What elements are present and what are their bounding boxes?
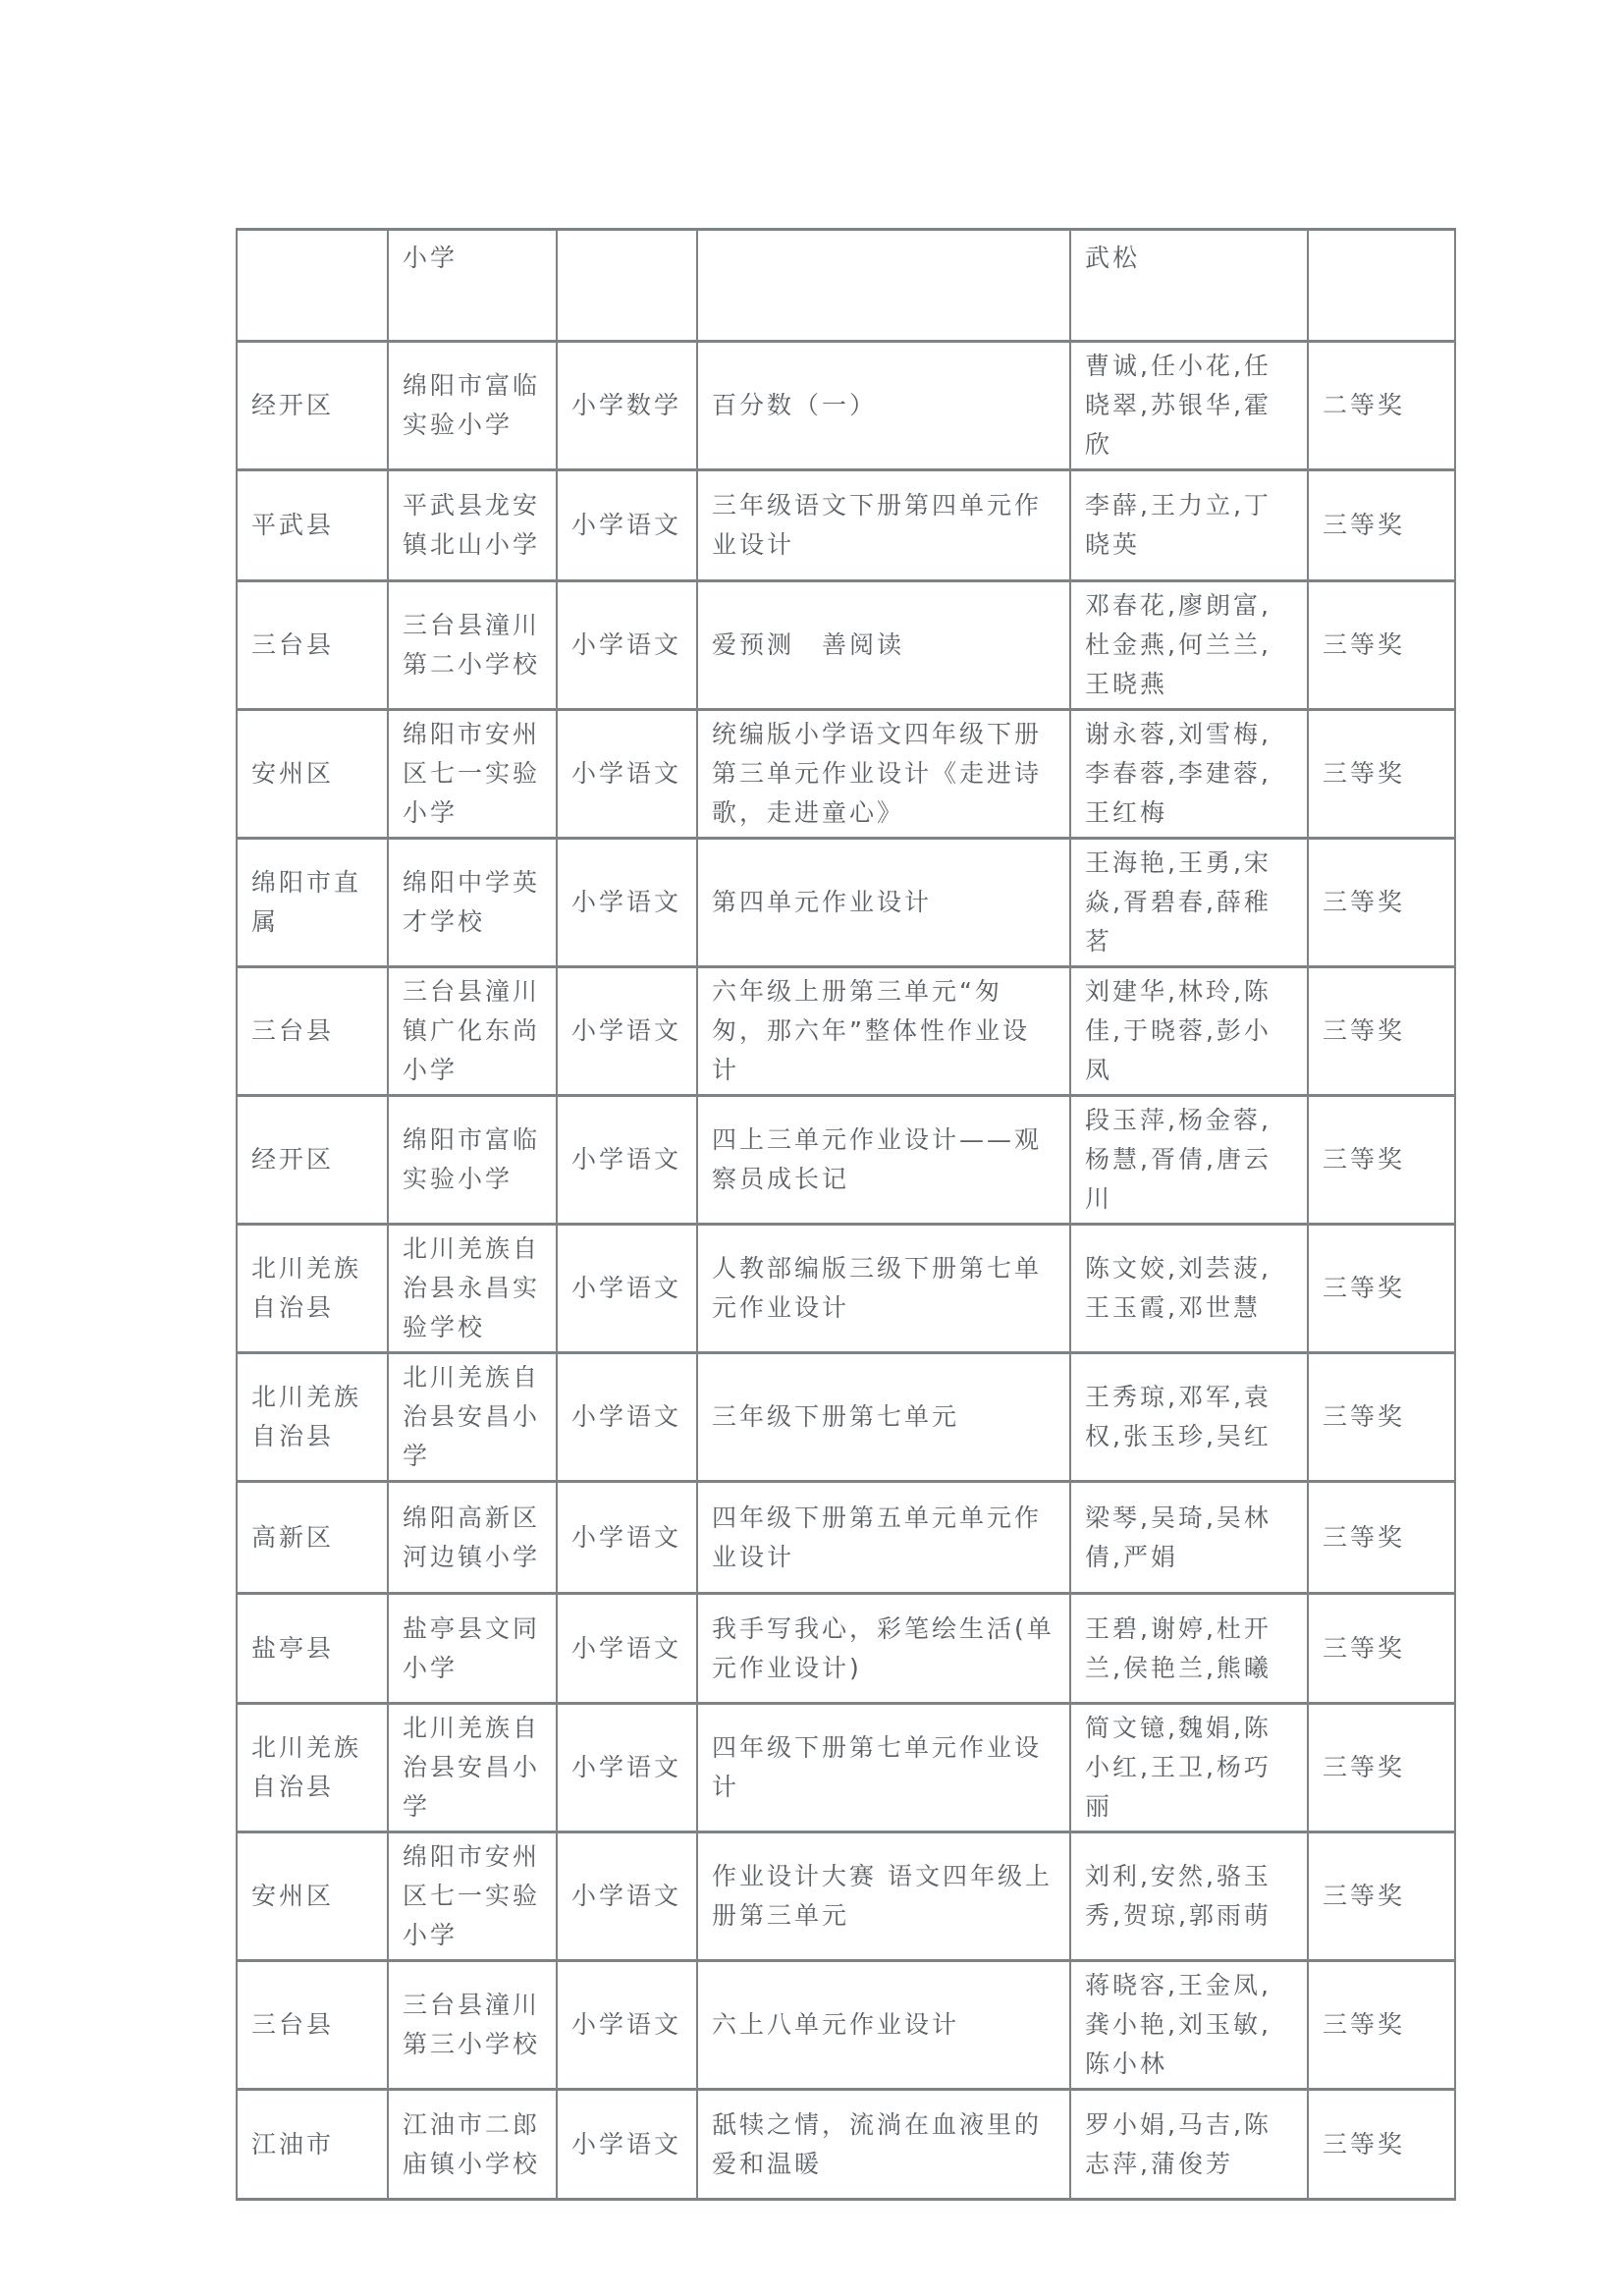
table-row: 安州区绵阳市安州区七一实验小学小学语文作业设计大赛 语文四年级上册第三单元刘利,… [237, 1832, 1455, 1961]
authors-cell: 段玉萍,杨金蓉,杨慧,胥倩,唐云川 [1070, 1096, 1308, 1225]
awards-table-body: 小学武松经开区绵阳市富临实验小学小学数学百分数（一）曹诚,任小花,任晓翠,苏银华… [237, 230, 1455, 2200]
award-cell: 三等奖 [1308, 967, 1455, 1096]
authors-cell: 刘利,安然,骆玉秀,贺琼,郭雨萌 [1070, 1832, 1308, 1961]
authors-cell: 王秀琼,邓军,袁权,张玉珍,吴红 [1070, 1353, 1308, 1482]
award-cell: 二等奖 [1308, 342, 1455, 470]
award-cell: 三等奖 [1308, 1353, 1455, 1482]
award-cell: 三等奖 [1308, 839, 1455, 967]
school-cell: 绵阳市安州区七一实验小学 [388, 1832, 557, 1961]
school-cell: 小学 [388, 230, 557, 342]
table-row: 经开区绵阳市富临实验小学小学语文四上三单元作业设计——观察员成长记段玉萍,杨金蓉… [237, 1096, 1455, 1225]
authors-cell: 王碧,谢婷,杜开兰,侯艳兰,熊曦 [1070, 1594, 1308, 1704]
authors-cell: 曹诚,任小花,任晓翠,苏银华,霍欣 [1070, 342, 1308, 470]
title-cell: 六上八单元作业设计 [697, 1961, 1070, 2090]
district-cell: 北川羌族自治县 [237, 1225, 388, 1353]
authors-cell: 蒋晓容,王金凤,龚小艳,刘玉敏,陈小林 [1070, 1961, 1308, 2090]
table-row: 北川羌族自治县北川羌族自治县安昌小学小学语文四年级下册第七单元作业设计简文镱,魏… [237, 1704, 1455, 1832]
school-cell: 平武县龙安镇北山小学 [388, 470, 557, 581]
district-cell: 经开区 [237, 1096, 388, 1225]
title-cell: 四年级下册第五单元单元作业设计 [697, 1482, 1070, 1594]
subject-cell: 小学语文 [557, 839, 697, 967]
subject-cell [557, 230, 697, 342]
table-row: 北川羌族自治县北川羌族自治县安昌小学小学语文三年级下册第七单元王秀琼,邓军,袁权… [237, 1353, 1455, 1482]
district-cell: 三台县 [237, 581, 388, 710]
authors-cell: 罗小娟,马吉,陈志萍,蒲俊芳 [1070, 2090, 1308, 2200]
district-cell: 安州区 [237, 1832, 388, 1961]
award-cell: 三等奖 [1308, 1096, 1455, 1225]
awards-table: 小学武松经开区绵阳市富临实验小学小学数学百分数（一）曹诚,任小花,任晓翠,苏银华… [236, 228, 1456, 2201]
award-cell: 三等奖 [1308, 1594, 1455, 1704]
title-cell: 统编版小学语文四年级下册第三单元作业设计《走进诗歌，走进童心》 [697, 710, 1070, 839]
table-row: 三台县三台县潼川镇广化东尚小学小学语文六年级上册第三单元“匆匆，那六年”整体性作… [237, 967, 1455, 1096]
table-row: 绵阳市直属绵阳中学英才学校小学语文第四单元作业设计王海艳,王勇,宋焱,胥碧春,薛… [237, 839, 1455, 967]
authors-cell: 武松 [1070, 230, 1308, 342]
title-cell: 人教部编版三级下册第七单元作业设计 [697, 1225, 1070, 1353]
table-row: 平武县平武县龙安镇北山小学小学语文三年级语文下册第四单元作业设计李薛,王力立,丁… [237, 470, 1455, 581]
table-row: 北川羌族自治县北川羌族自治县永昌实验学校小学语文人教部编版三级下册第七单元作业设… [237, 1225, 1455, 1353]
award-cell: 三等奖 [1308, 710, 1455, 839]
subject-cell: 小学语文 [557, 1704, 697, 1832]
award-cell: 三等奖 [1308, 1704, 1455, 1832]
district-cell: 江油市 [237, 2090, 388, 2200]
award-cell: 三等奖 [1308, 1225, 1455, 1353]
title-cell: 第四单元作业设计 [697, 839, 1070, 967]
school-cell: 三台县潼川镇广化东尚小学 [388, 967, 557, 1096]
district-cell: 安州区 [237, 710, 388, 839]
school-cell: 北川羌族自治县永昌实验学校 [388, 1225, 557, 1353]
school-cell: 绵阳市富临实验小学 [388, 1096, 557, 1225]
subject-cell: 小学语文 [557, 1832, 697, 1961]
award-cell: 三等奖 [1308, 581, 1455, 710]
school-cell: 北川羌族自治县安昌小学 [388, 1353, 557, 1482]
school-cell: 绵阳中学英才学校 [388, 839, 557, 967]
subject-cell: 小学语文 [557, 1225, 697, 1353]
award-cell [1308, 230, 1455, 342]
school-cell: 绵阳市安州区七一实验小学 [388, 710, 557, 839]
table-row: 高新区绵阳高新区河边镇小学小学语文四年级下册第五单元单元作业设计梁琴,吴琦,吴林… [237, 1482, 1455, 1594]
authors-cell: 陈文姣,刘芸菠,王玉霞,邓世慧 [1070, 1225, 1308, 1353]
award-cell: 三等奖 [1308, 1961, 1455, 2090]
school-cell: 绵阳市富临实验小学 [388, 342, 557, 470]
district-cell: 三台县 [237, 967, 388, 1096]
authors-cell: 王海艳,王勇,宋焱,胥碧春,薛稚茗 [1070, 839, 1308, 967]
title-cell: 四年级下册第七单元作业设计 [697, 1704, 1070, 1832]
table-row: 经开区绵阳市富临实验小学小学数学百分数（一）曹诚,任小花,任晓翠,苏银华,霍欣二… [237, 342, 1455, 470]
subject-cell: 小学语文 [557, 710, 697, 839]
title-cell [697, 230, 1070, 342]
authors-cell: 邓春花,廖朗富,杜金燕,何兰兰,王晓燕 [1070, 581, 1308, 710]
district-cell: 平武县 [237, 470, 388, 581]
district-cell: 北川羌族自治县 [237, 1353, 388, 1482]
subject-cell: 小学数学 [557, 342, 697, 470]
school-cell: 江油市二郎庙镇小学校 [388, 2090, 557, 2200]
subject-cell: 小学语文 [557, 967, 697, 1096]
award-cell: 三等奖 [1308, 2090, 1455, 2200]
district-cell: 高新区 [237, 1482, 388, 1594]
title-cell: 三年级语文下册第四单元作业设计 [697, 470, 1070, 581]
authors-cell: 李薛,王力立,丁晓英 [1070, 470, 1308, 581]
school-cell: 三台县潼川第三小学校 [388, 1961, 557, 2090]
authors-cell: 谢永蓉,刘雪梅,李春蓉,李建蓉,王红梅 [1070, 710, 1308, 839]
table-row: 三台县三台县潼川第二小学校小学语文爱预测 善阅读邓春花,廖朗富,杜金燕,何兰兰,… [237, 581, 1455, 710]
subject-cell: 小学语文 [557, 1594, 697, 1704]
subject-cell: 小学语文 [557, 581, 697, 710]
district-cell: 北川羌族自治县 [237, 1704, 388, 1832]
title-cell: 六年级上册第三单元“匆匆，那六年”整体性作业设计 [697, 967, 1070, 1096]
district-cell: 三台县 [237, 1961, 388, 2090]
table-row: 安州区绵阳市安州区七一实验小学小学语文统编版小学语文四年级下册第三单元作业设计《… [237, 710, 1455, 839]
district-cell: 绵阳市直属 [237, 839, 388, 967]
title-cell: 爱预测 善阅读 [697, 581, 1070, 710]
subject-cell: 小学语文 [557, 1096, 697, 1225]
title-cell: 我手写我心，彩笔绘生活(单元作业设计) [697, 1594, 1070, 1704]
table-row: 三台县三台县潼川第三小学校小学语文六上八单元作业设计蒋晓容,王金凤,龚小艳,刘玉… [237, 1961, 1455, 2090]
title-cell: 四上三单元作业设计——观察员成长记 [697, 1096, 1070, 1225]
district-cell [237, 230, 388, 342]
subject-cell: 小学语文 [557, 2090, 697, 2200]
title-cell: 作业设计大赛 语文四年级上册第三单元 [697, 1832, 1070, 1961]
subject-cell: 小学语文 [557, 1482, 697, 1594]
title-cell: 百分数（一） [697, 342, 1070, 470]
table-row: 江油市江油市二郎庙镇小学校小学语文舐犊之情，流淌在血液里的爱和温暖罗小娟,马吉,… [237, 2090, 1455, 2200]
authors-cell: 简文镱,魏娟,陈小红,王卫,杨巧丽 [1070, 1704, 1308, 1832]
award-cell: 三等奖 [1308, 1832, 1455, 1961]
school-cell: 三台县潼川第二小学校 [388, 581, 557, 710]
district-cell: 盐亭县 [237, 1594, 388, 1704]
title-cell: 舐犊之情，流淌在血液里的爱和温暖 [697, 2090, 1070, 2200]
award-cell: 三等奖 [1308, 1482, 1455, 1594]
subject-cell: 小学语文 [557, 1353, 697, 1482]
school-cell: 绵阳高新区河边镇小学 [388, 1482, 557, 1594]
document-page: 小学武松经开区绵阳市富临实验小学小学数学百分数（一）曹诚,任小花,任晓翠,苏银华… [0, 0, 1623, 2296]
district-cell: 经开区 [237, 342, 388, 470]
subject-cell: 小学语文 [557, 470, 697, 581]
table-row: 盐亭县盐亭县文同小学小学语文我手写我心，彩笔绘生活(单元作业设计)王碧,谢婷,杜… [237, 1594, 1455, 1704]
authors-cell: 刘建华,林玲,陈佳,于晓蓉,彭小凤 [1070, 967, 1308, 1096]
school-cell: 盐亭县文同小学 [388, 1594, 557, 1704]
school-cell: 北川羌族自治县安昌小学 [388, 1704, 557, 1832]
table-row: 小学武松 [237, 230, 1455, 342]
title-cell: 三年级下册第七单元 [697, 1353, 1070, 1482]
subject-cell: 小学语文 [557, 1961, 697, 2090]
award-cell: 三等奖 [1308, 470, 1455, 581]
authors-cell: 梁琴,吴琦,吴林倩,严娟 [1070, 1482, 1308, 1594]
